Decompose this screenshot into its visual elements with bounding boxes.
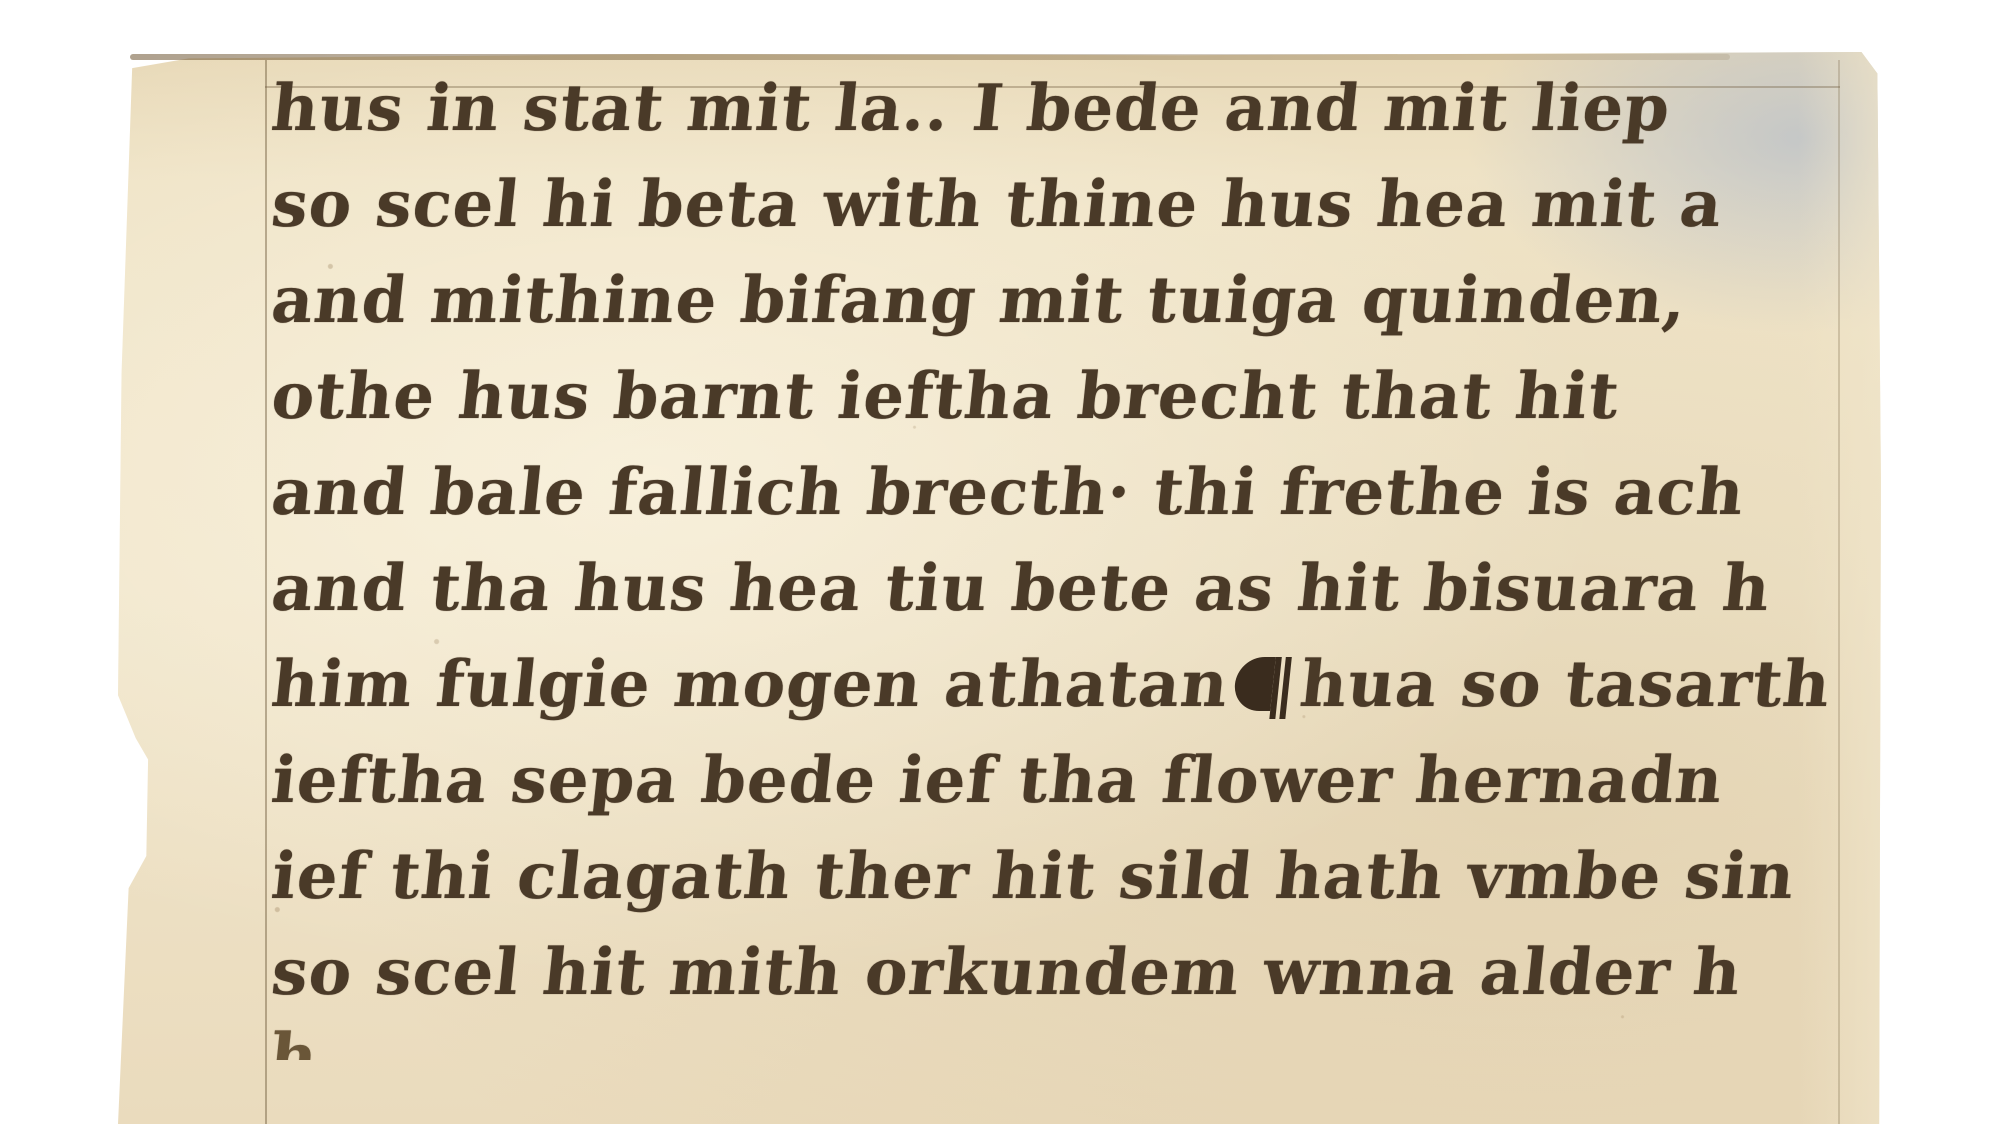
manuscript-text-block: hus in stat mit la.. I bede and mit liep… [272, 60, 1872, 1060]
paragraph-mark-icon [1232, 657, 1290, 711]
line-text: ief thi clagath ther hit sild hath vmbe … [268, 839, 1799, 914]
line-text: and tha hus hea tiu bete as hit bisuara … [268, 551, 1774, 626]
line-text: and bale fallich brecth· thi frethe is a… [268, 455, 1748, 530]
line-text: hua so tasarth [1297, 647, 1835, 722]
line-text: h ... [270, 1020, 415, 1060]
line-text: ieftha sepa bede ief tha flower hernadn [268, 743, 1727, 818]
line-text: othe hus barnt ieftha brecht that hit [268, 359, 1623, 434]
manuscript-line-7: him fulgie mogen athatan hua so tasarth [267, 636, 1877, 732]
line-text: hus in stat mit la.. I bede and mit liep [268, 71, 1674, 146]
manuscript-line-2: so scel hi beta with thine hus hea mit a [267, 156, 1877, 252]
manuscript-line-4: othe hus barnt ieftha brecht that hit [267, 348, 1877, 444]
manuscript-line-11-partial: h ... [270, 1020, 1874, 1060]
line-text: so scel hi beta with thine hus hea mit a [268, 167, 1727, 242]
manuscript-line-8: ieftha sepa bede ief tha flower hernadn [267, 732, 1877, 828]
manuscript-line-6: and tha hus hea tiu bete as hit bisuara … [267, 540, 1877, 636]
manuscript-line-3: and mithine bifang mit tuiga quinden, [267, 252, 1877, 348]
line-text: so scel hit mith orkundem wnna alder h [268, 935, 1745, 1010]
left-margin-ruling [265, 60, 267, 1124]
image-canvas: hus in stat mit la.. I bede and mit liep… [0, 0, 2000, 1124]
manuscript-line-9: ief thi clagath ther hit sild hath vmbe … [267, 828, 1877, 924]
line-text: and mithine bifang mit tuiga quinden, [268, 263, 1691, 338]
manuscript-line-10: so scel hit mith orkundem wnna alder h [267, 924, 1877, 1020]
manuscript-line-5: and bale fallich brecth· thi frethe is a… [267, 444, 1877, 540]
line-text: him fulgie mogen athatan [268, 647, 1232, 722]
manuscript-line-1: hus in stat mit la.. I bede and mit liep [267, 60, 1877, 156]
